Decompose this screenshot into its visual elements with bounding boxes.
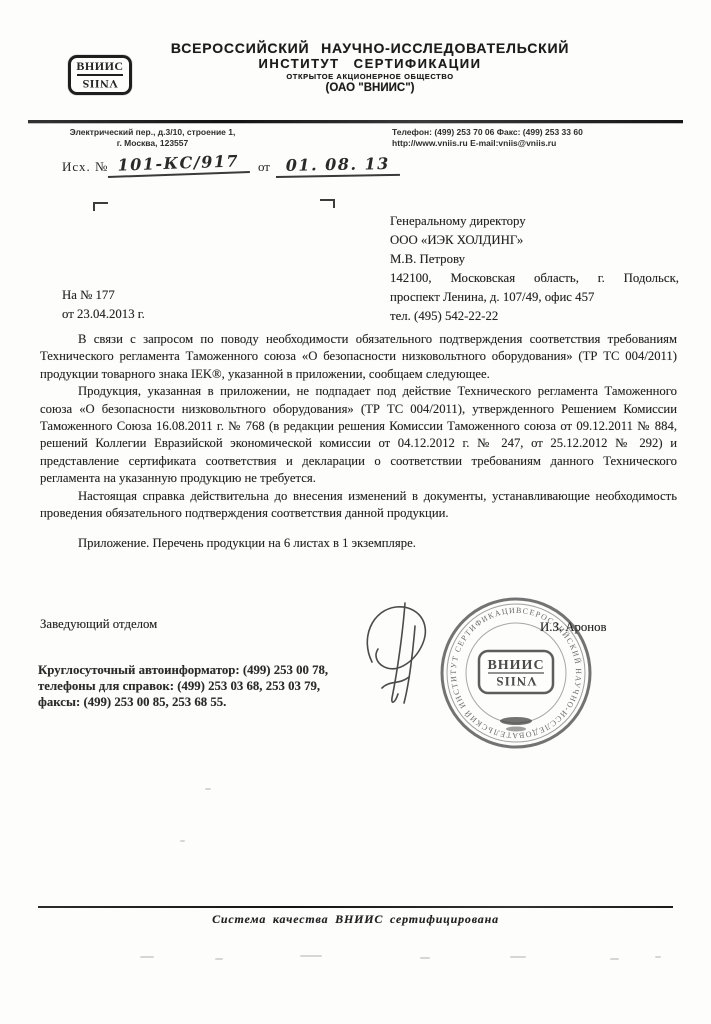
recipient-line: 142100, Московская область, г. Подольск,: [390, 269, 679, 288]
outgoing-date-handwritten: 01. 08. 13: [276, 154, 400, 178]
header-divider: [28, 120, 683, 123]
logo-divider: [77, 74, 123, 76]
scan-noise: [510, 956, 526, 958]
recipient-block: Генеральному директору ООО «ИЭК ХОЛДИНГ»…: [390, 212, 679, 326]
scan-noise: [300, 955, 322, 957]
outgoing-number-line: Исх. № 101-КС/917 от 01. 08. 13: [62, 156, 400, 178]
stamp-center-cyrillic: ВНИИС: [487, 658, 544, 673]
body-paragraph-3: Настоящая справка действительна до внесе…: [40, 488, 677, 523]
letterhead-title: ВСЕРОССИЙСКИЙ НАУЧНО-ИССЛЕДОВАТЕЛЬСКИЙ И…: [150, 40, 590, 95]
attachment-line: Приложение. Перечень продукции на 6 лист…: [40, 535, 677, 552]
logo-text-cyrillic: ВНИИС: [76, 60, 123, 73]
scan-noise: [205, 788, 211, 790]
logo-text-latin: VNIIS: [82, 77, 118, 90]
reference-phones-line: телефоны для справок: (499) 253 03 68, 2…: [38, 678, 328, 694]
reference-number: На № 177: [62, 286, 145, 305]
web-email-line: http://www.vniis.ru E-mail:vniis@vniis.r…: [392, 138, 682, 149]
info-phones: Круглосуточный автоинформатор: (499) 253…: [38, 662, 328, 710]
body-paragraph-2: Продукция, указанная в приложении, не по…: [40, 383, 677, 487]
ot-label: от: [250, 159, 276, 178]
org-name-line1: ВСЕРОССИЙСКИЙ НАУЧНО-ИССЛЕДОВАТЕЛЬСКИЙ: [150, 40, 590, 56]
official-stamp: ВСЕРОССИЙСКИЙ НАУЧНО-ИССЛЕДОВАТЕЛЬСКИЙ И…: [438, 595, 594, 751]
recipient-line: тел. (495) 542-22-22: [390, 307, 679, 326]
body-paragraph-1: В связи с запросом по поводу необходимос…: [40, 331, 677, 383]
scanned-letter-page: ВНИИС VNIIS ВСЕРОССИЙСКИЙ НАУЧНО-ИССЛЕДО…: [0, 0, 711, 1024]
address-block: Электрический пер., д.3/10, строение 1, …: [30, 127, 275, 148]
reference-block: На № 177 от 23.04.2013 г.: [62, 286, 145, 324]
org-name-line2: ИНСТИТУТ СЕРТИФИКАЦИИ: [150, 56, 590, 71]
letter-body: В связи с запросом по поводу необходимос…: [40, 331, 677, 553]
outgoing-label: Исх. №: [62, 159, 108, 178]
recipient-line: М.В. Петрову: [390, 250, 679, 269]
org-type-line: ОТКРЫТОЕ АКЦИОНЕРНОЕ ОБЩЕСТВО: [150, 72, 590, 81]
stamp-center-latin: VNIIS: [495, 674, 536, 689]
phone-fax-line: Телефон: (499) 253 70 06 Факс: (499) 253…: [392, 127, 682, 138]
footer-quality-note: Система качества ВНИИС сертифицирована: [0, 912, 711, 927]
recipient-line: Генеральному директору: [390, 212, 679, 231]
scan-noise: [215, 958, 223, 960]
footer-divider: [38, 906, 673, 908]
scan-noise: [655, 956, 661, 958]
signature-scribble: [352, 598, 444, 716]
fax-line: факсы: (499) 253 00 85, 253 68 55.: [38, 694, 328, 710]
signer-position: Заведующий отделом: [40, 617, 157, 632]
vniis-logo: ВНИИС VNIIS: [68, 55, 132, 95]
reference-date: от 23.04.2013 г.: [62, 305, 145, 324]
recipient-line: ООО «ИЭК ХОЛДИНГ»: [390, 231, 679, 250]
address-line-2: г. Москва, 123557: [30, 138, 275, 149]
corner-mark-left: [93, 202, 108, 211]
org-short-name: (ОАО "ВНИИС"): [150, 82, 590, 95]
recipient-line: проспект Ленина, д. 107/49, офис 457: [390, 288, 679, 307]
scan-noise: [420, 957, 430, 959]
contact-block: Телефон: (499) 253 70 06 Факс: (499) 253…: [392, 127, 682, 148]
scan-noise: [180, 840, 185, 842]
scan-noise: [140, 956, 154, 958]
corner-mark-right: [320, 199, 335, 208]
autoinformer-line: Круглосуточный автоинформатор: (499) 253…: [38, 662, 328, 678]
address-line-1: Электрический пер., д.3/10, строение 1,: [30, 127, 275, 138]
scan-noise: [610, 958, 619, 960]
outgoing-number-handwritten: 101-КС/917: [108, 151, 250, 178]
